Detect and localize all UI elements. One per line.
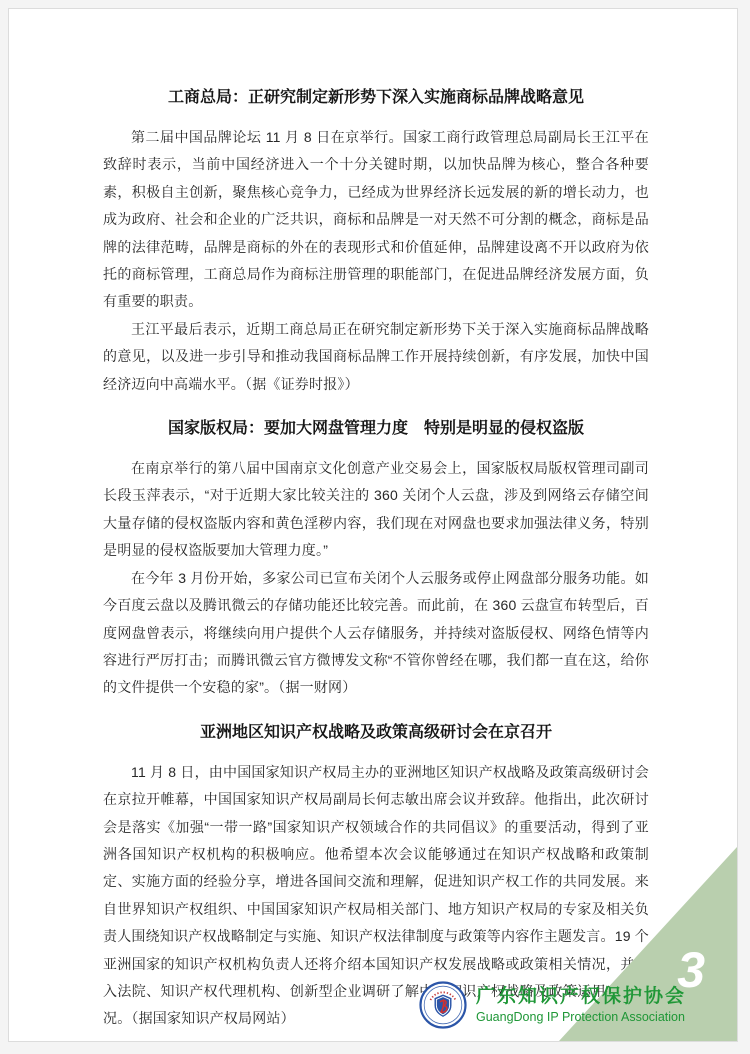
article-paragraph: 第二届中国品牌论坛 11 月 8 日在京举行。国家工商行政管理总局副局长王江平在… (103, 124, 649, 316)
article-title: 工商总局：正研究制定新形势下深入实施商标品牌战略意见 (103, 87, 649, 109)
article-paragraph: 在南京举行的第八届中国南京文化创意产业交易会上，国家版权局版权管理司副司长段玉萍… (103, 455, 649, 565)
association-logo-icon (419, 981, 467, 1029)
article: 工商总局：正研究制定新形势下深入实施商标品牌战略意见 第二届中国品牌论坛 11 … (103, 87, 649, 398)
article-title: 亚洲地区知识产权战略及政策高级研讨会在京召开 (103, 722, 649, 744)
footer-brand: 广东知识产权保护协会 GuangDong IP Protection Assoc… (419, 981, 686, 1029)
article-title: 国家版权局：要加大网盘管理力度 特别是明显的侵权盗版 (103, 418, 649, 440)
org-name-zh: 广东知识产权保护协会 (476, 986, 686, 1008)
article-paragraph: 在今年 3 月份开始，多家公司已宣布关闭个人云服务或停止网盘部分服务功能。如今百… (103, 565, 649, 702)
article-paragraph: 王江平最后表示，近期工商总局正在研究制定新形势下关于深入实施商标品牌战略的意见，… (103, 316, 649, 398)
org-names: 广东知识产权保护协会 GuangDong IP Protection Assoc… (476, 986, 686, 1025)
document-page: 3 工商总局：正研究制定新形势下深入实施商标品牌战略意见 第二届中国品牌论坛 1… (8, 8, 738, 1042)
article: 国家版权局：要加大网盘管理力度 特别是明显的侵权盗版 在南京举行的第八届中国南京… (103, 418, 649, 702)
org-name-en: GuangDong IP Protection Association (476, 1009, 686, 1025)
page-content: 工商总局：正研究制定新形势下深入实施商标品牌战略意见 第二届中国品牌论坛 11 … (9, 9, 737, 1033)
